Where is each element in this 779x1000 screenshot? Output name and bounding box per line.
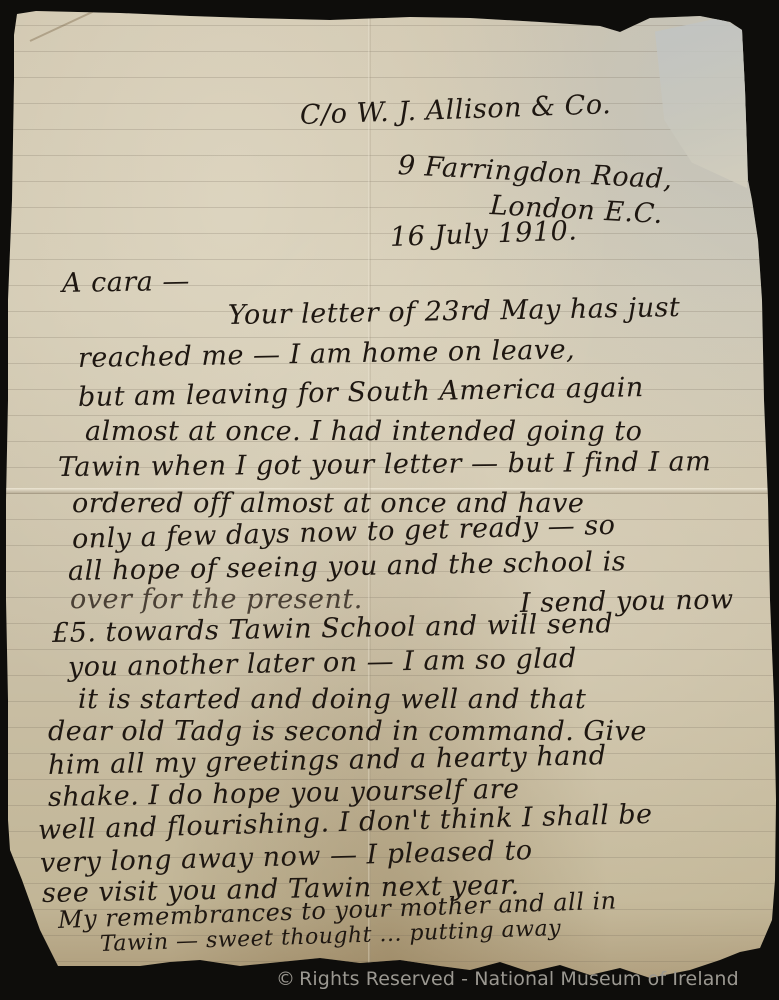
copyright-text: Rights Reserved - National Museum of Ire… (299, 968, 739, 990)
address-line-2: 9 Farringdon Road, (397, 150, 673, 195)
letter-date: 16 July 1910. (389, 215, 577, 253)
letter-line: almost at once. I had intended going to (85, 416, 642, 447)
salutation: A cara — (62, 266, 190, 299)
letter-line: you another later on — I am so glad (68, 643, 577, 683)
image-stage: C/o W. J. Allison & Co. 9 Farringdon Roa… (0, 0, 779, 1000)
letter-line: but am leaving for South America again (78, 372, 644, 413)
address-line-1: C/o W. J. Allison & Co. (299, 89, 611, 131)
copyright-watermark: ©Rights Reserved - National Museum of Ir… (276, 968, 776, 990)
letter-line: Tawin when I got your letter — but I fin… (58, 446, 712, 483)
letter-line: Your letter of 23rd May has just (228, 292, 681, 331)
torn-folded-corner (655, 18, 747, 188)
copyright-icon: © (276, 968, 295, 990)
letter-paper: C/o W. J. Allison & Co. 9 Farringdon Roa… (0, 0, 779, 1000)
letter-line: it is started and doing well and that (78, 684, 586, 715)
letter-line: over for the present. (70, 584, 363, 615)
letter-line: reached me — I am home on leave, (78, 334, 576, 374)
diagonal-crease (30, 0, 266, 42)
